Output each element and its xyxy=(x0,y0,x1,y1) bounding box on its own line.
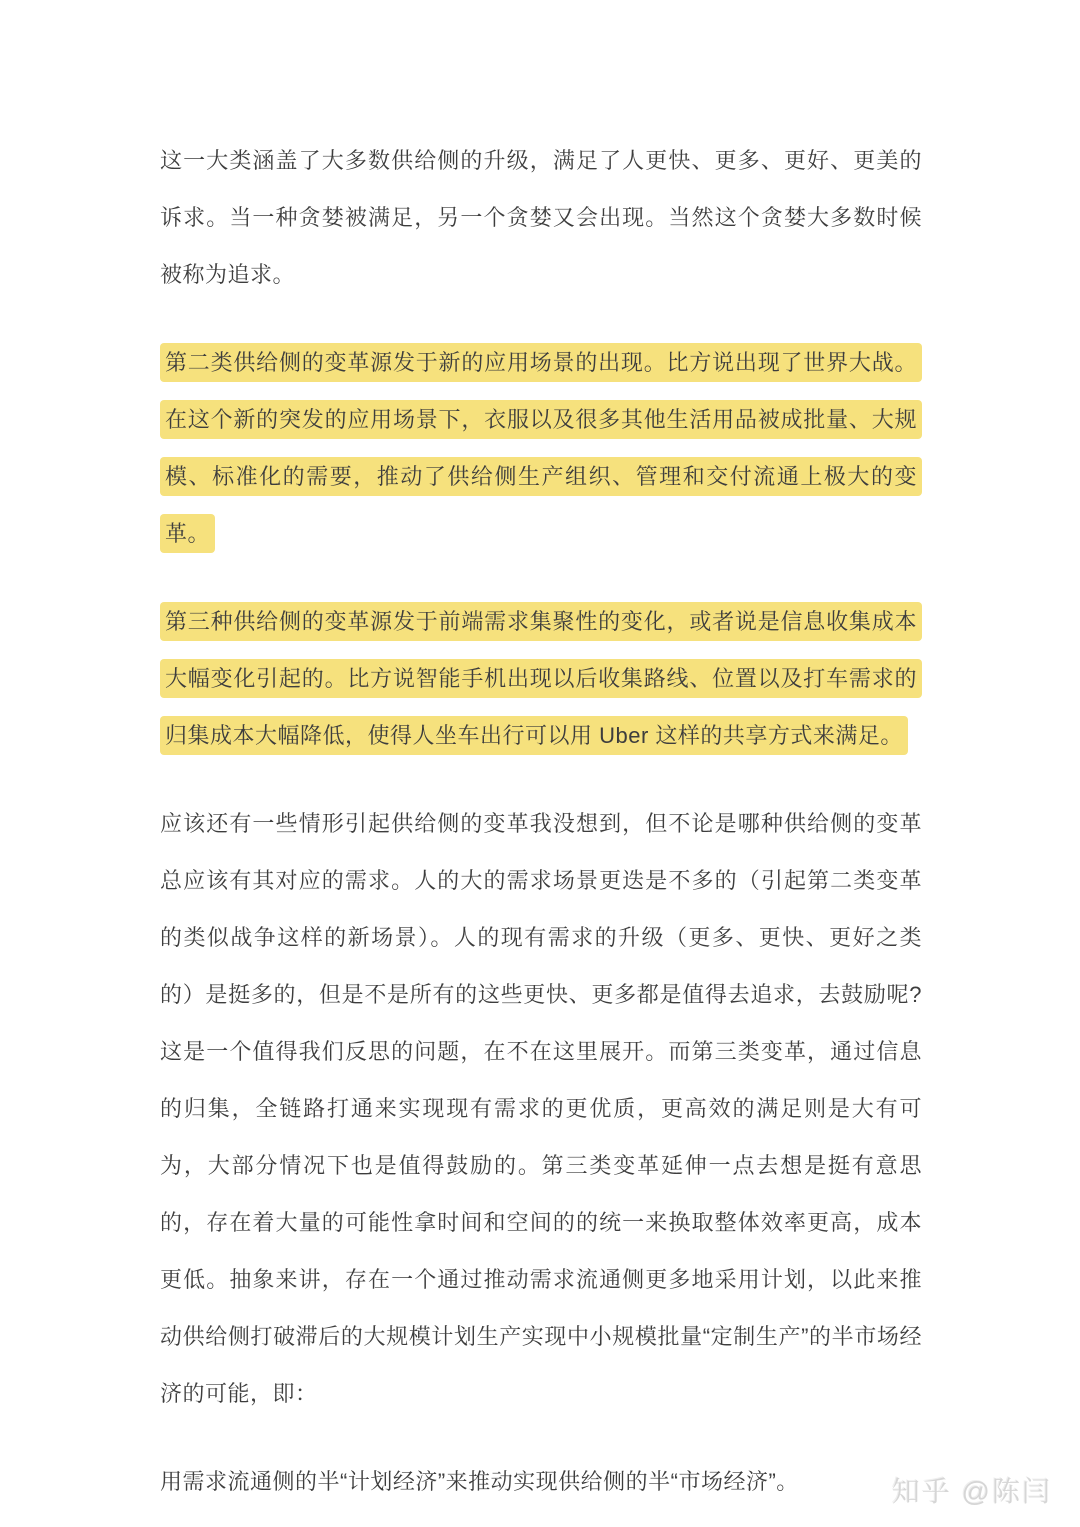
article-body: 这一大类涵盖了大多数供给侧的升级，满足了人更快、更多、更好、更美的诉求。当一种贪… xyxy=(160,132,922,1510)
document-page: 这一大类涵盖了大多数供给侧的升级，满足了人更快、更多、更好、更美的诉求。当一种贪… xyxy=(0,0,1080,1527)
paragraph: 这一大类涵盖了大多数供给侧的升级，满足了人更快、更多、更好、更美的诉求。当一种贪… xyxy=(160,132,922,303)
paragraph: 用需求流通侧的半“计划经济”来推动实现供给侧的半“市场经济”。 xyxy=(160,1453,922,1510)
highlighted-paragraph: 第二类供给侧的变革源发于新的应用场景的出现。比方说出现了世界大战。在这个新的突发… xyxy=(160,334,922,562)
zhihu-watermark: 知乎 @陈闫 xyxy=(892,1470,1052,1510)
highlighted-paragraph: 第三种供给侧的变革源发于前端需求集聚性的变化，或者说是信息收集成本大幅变化引起的… xyxy=(160,593,922,764)
highlight-mark: 第三种供给侧的变革源发于前端需求集聚性的变化，或者说是信息收集成本大幅变化引起的… xyxy=(160,602,922,755)
highlight-mark: 第二类供给侧的变革源发于新的应用场景的出现。比方说出现了世界大战。在这个新的突发… xyxy=(160,343,922,553)
paragraph: 应该还有一些情形引起供给侧的变革我没想到，但不论是哪种供给侧的变革总应该有其对应… xyxy=(160,795,922,1422)
